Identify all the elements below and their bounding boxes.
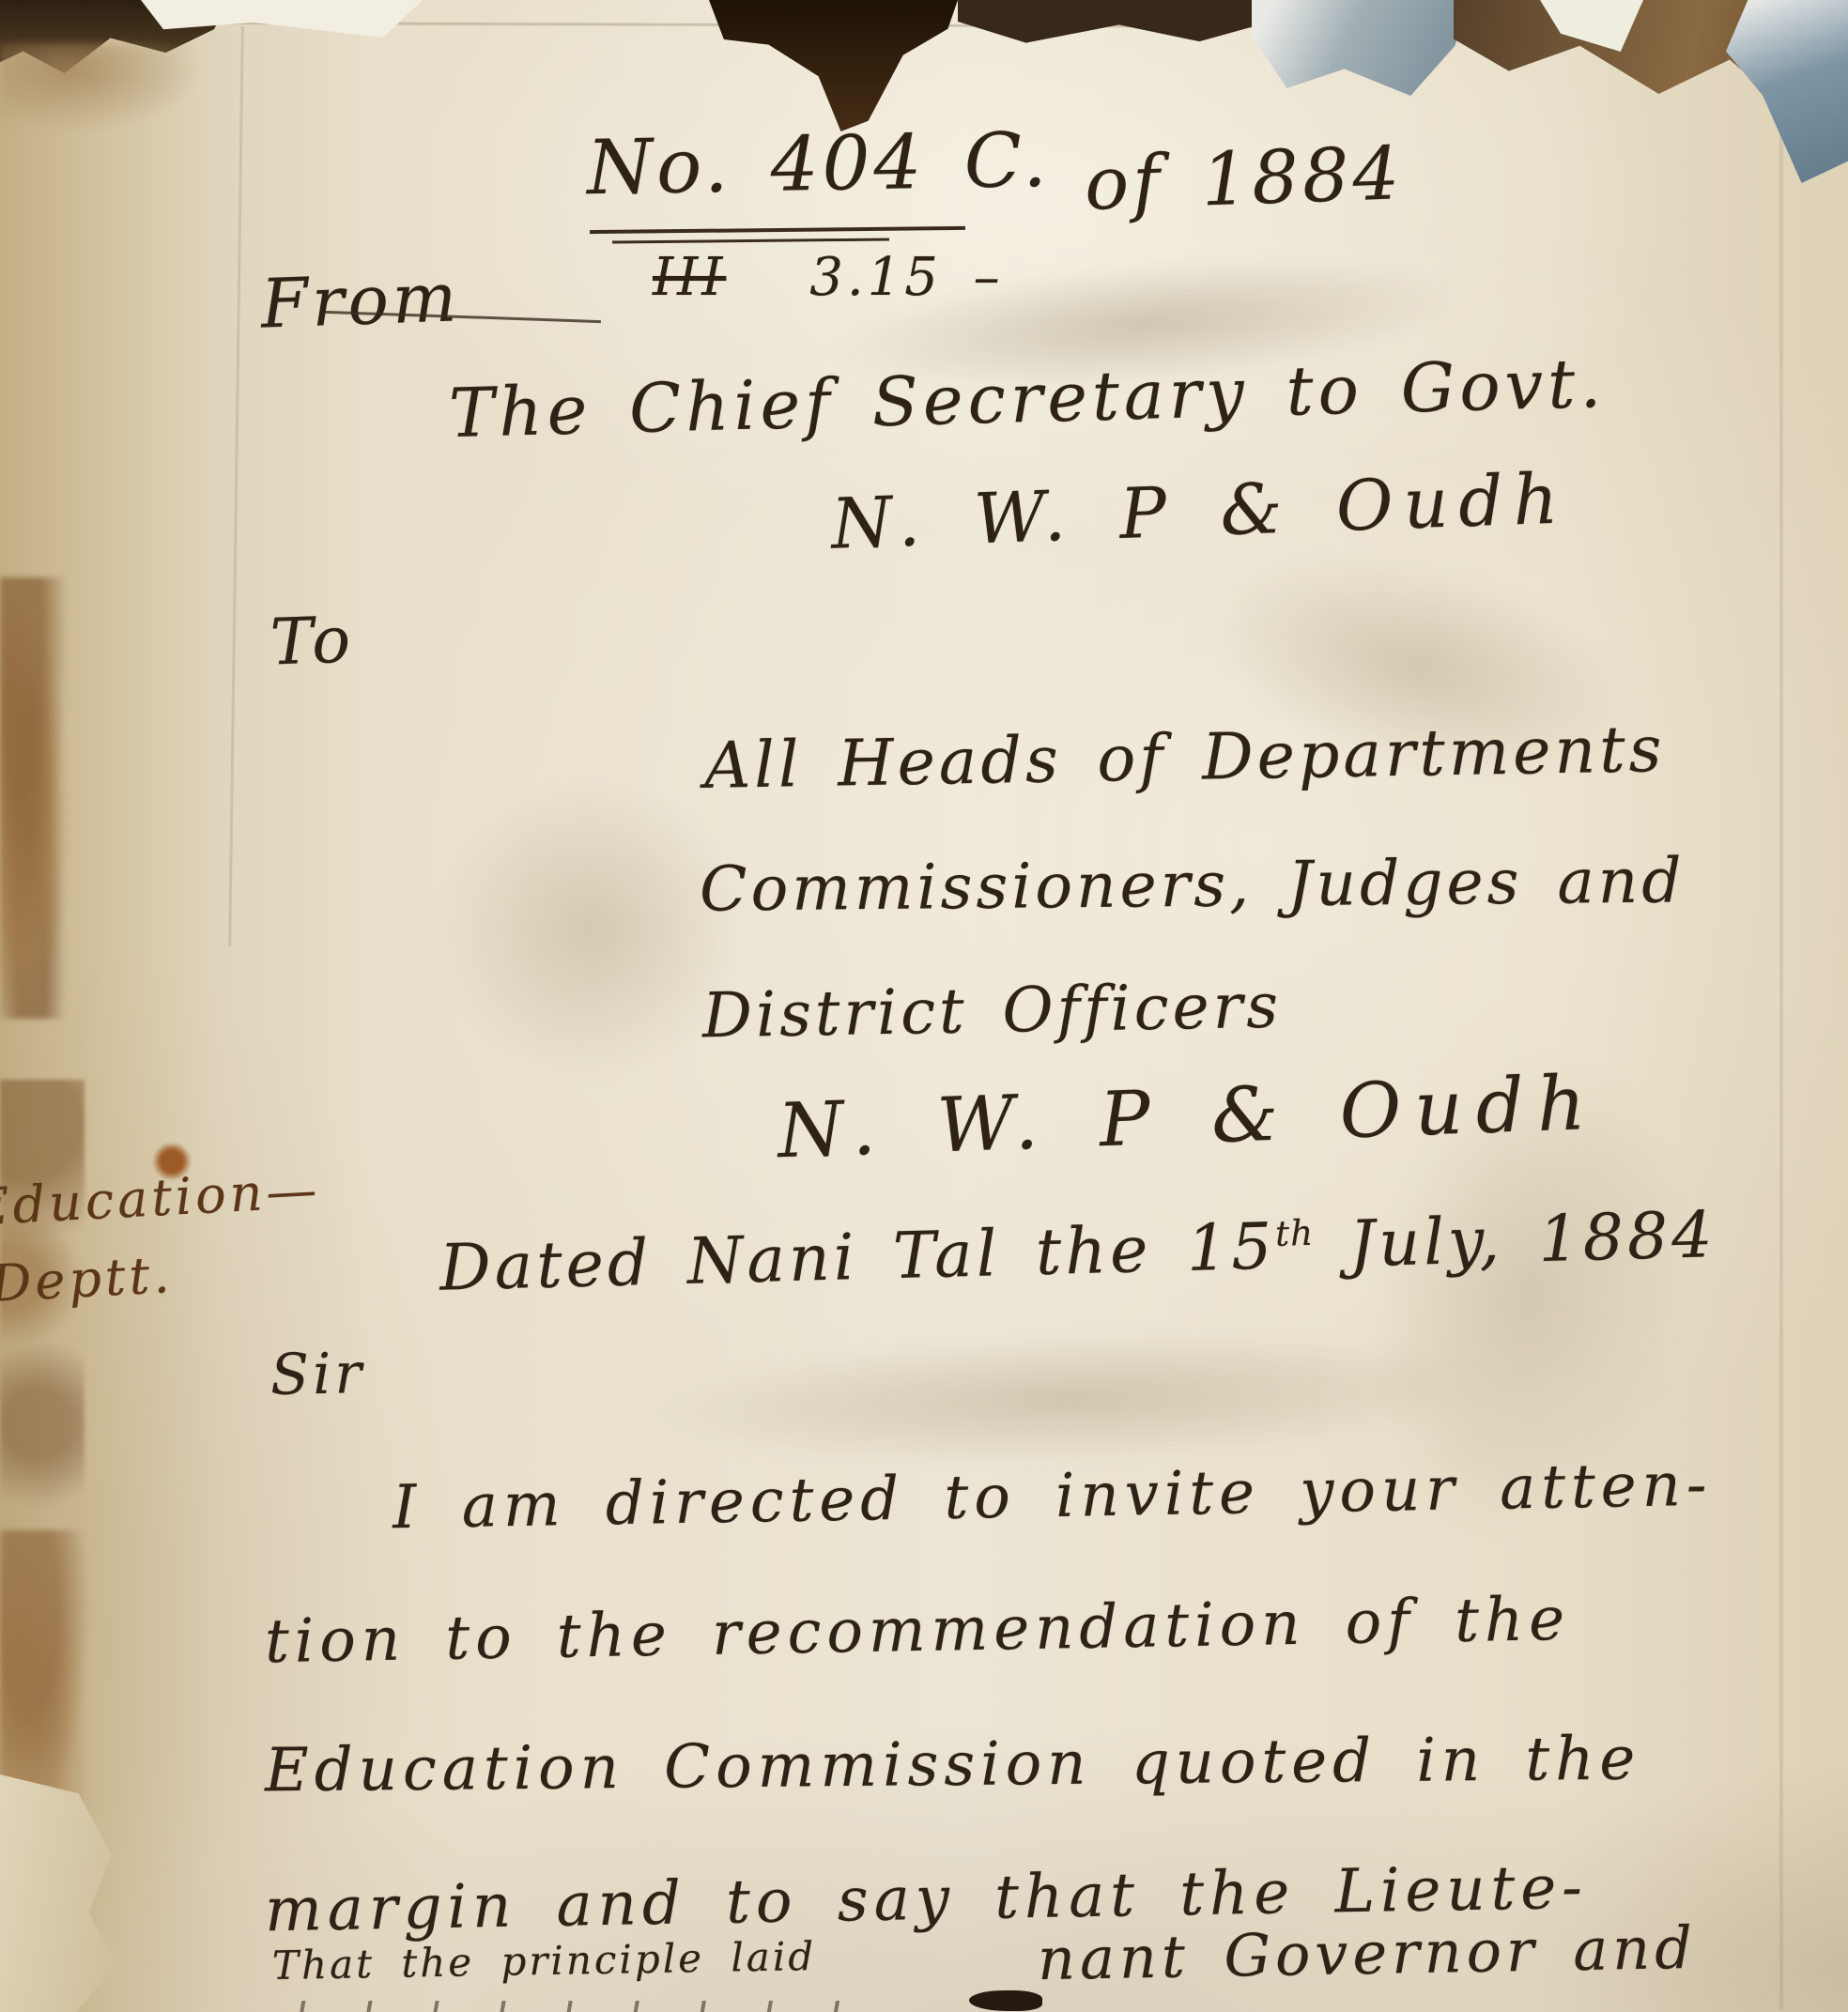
torn-edge-blue-gray-patch bbox=[1252, 0, 1472, 96]
reference-fraction: III 3.15 – bbox=[653, 252, 1004, 304]
reference-fraction-struck: III bbox=[653, 247, 726, 308]
margin-note-line-2: Deptt. bbox=[0, 1250, 175, 1310]
recipient-line-2: Commissioners, Judges and bbox=[700, 850, 1686, 920]
recipient-line-1: All Heads of Departments bbox=[703, 718, 1666, 799]
salutation: Sir bbox=[269, 1345, 365, 1404]
ink-blob-bottom bbox=[969, 1990, 1042, 2011]
scanned-letter-photo: No. 404 C. III 3.15 – of 1884 From The C… bbox=[0, 0, 1848, 2012]
body-continuation-partial: nant Governor and bbox=[1038, 1919, 1698, 1989]
left-edge-stain-upper bbox=[0, 577, 75, 1019]
body-line-1: I am directed to invite your atten- bbox=[393, 1455, 1713, 1539]
recipient-line-4: N. W. P & Oudh bbox=[777, 1066, 1600, 1169]
recipient-line-3: District Officers bbox=[701, 975, 1282, 1048]
torn-edge-top-middle bbox=[709, 0, 958, 131]
clipped-next-line-strokes bbox=[277, 2001, 878, 2012]
torn-edge-top-left-shadow bbox=[0, 43, 202, 132]
torn-corner-top-right-blue bbox=[1726, 0, 1848, 183]
reference-underline-second bbox=[612, 238, 889, 243]
to-label: To bbox=[269, 608, 355, 675]
dateline: Dated Nani Tal the 15th July, 1884 bbox=[439, 1204, 1717, 1301]
reference-underline bbox=[590, 226, 965, 234]
dateline-post: July, 1884 bbox=[1313, 1198, 1717, 1282]
margin-quote-line: That the principle laid bbox=[272, 1937, 817, 1986]
page-left-edge-crease bbox=[228, 26, 244, 946]
margin-note-line-1: Education— bbox=[0, 1164, 322, 1233]
from-label: From bbox=[260, 263, 461, 337]
dateline-superscript: th bbox=[1274, 1212, 1314, 1254]
reference-fraction-value: 3.15 – bbox=[809, 247, 1004, 308]
torn-edge-top-strip bbox=[958, 0, 1268, 45]
body-line-2: tion to the recommendation of the bbox=[265, 1590, 1571, 1672]
sender-line-2: N. W. P & Oudh bbox=[830, 464, 1569, 559]
page-right-crease bbox=[1779, 131, 1783, 2009]
sender-line-1: The Chief Secretary to Govt. bbox=[448, 349, 1607, 447]
ink-bleed-through bbox=[441, 779, 742, 1080]
body-line-3: Education Commission quoted in the bbox=[265, 1729, 1641, 1802]
reference-number: No. 404 C. bbox=[586, 123, 1051, 207]
dateline-pre: Dated Nani Tal the 15 bbox=[439, 1210, 1276, 1306]
bottom-left-torn-patch bbox=[0, 1774, 127, 2012]
reference-year: of 1884 bbox=[1084, 137, 1405, 222]
